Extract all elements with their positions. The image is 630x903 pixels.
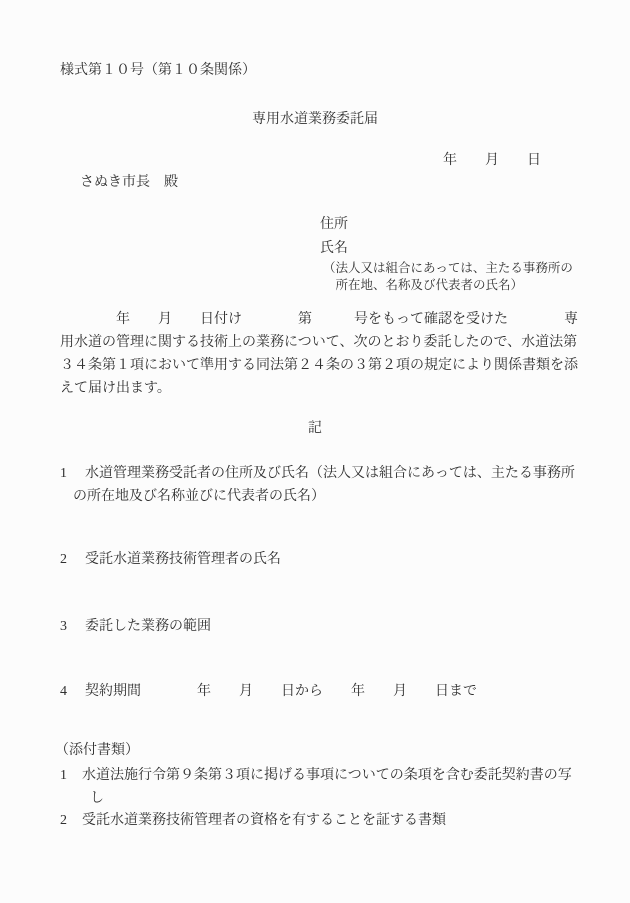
- attachment-item-2: 2 受託水道業務技術管理者の資格を有することを証する書類: [60, 809, 446, 832]
- attachments-header: （添付書類）: [55, 741, 139, 761]
- body-paragraph: 年 月 日付け 第 号をもって確認を受けた 専 用水道の管理に関する技術上の業務…: [60, 308, 578, 400]
- item-text: 受託水道業務技術管理者の氏名: [73, 548, 281, 571]
- list-item-2: 2 受託水道業務技術管理者の氏名: [60, 548, 281, 571]
- attachment-item-1: 1 水道法施行令第９条第３項に掲げる事項についての条項を含む委託契約書の写 し: [60, 764, 572, 810]
- addressee: さぬき市長 殿: [80, 173, 178, 193]
- item-text: 契約期間 年 月 日から 年 月 日まで: [73, 680, 477, 703]
- applicant-note: （法人又は組合にあっては、主たる事務所の 所在地、名称及び代表者の氏名）: [323, 260, 573, 294]
- item-text: 受託水道業務技術管理者の資格を有することを証する書類: [90, 809, 446, 832]
- document-page: 様式第１０号（第１０条関係） 専用水道業務委託届 年 月 日 さぬき市長 殿 住…: [0, 0, 630, 903]
- item-number: 2: [60, 809, 82, 832]
- name-label: 氏名: [320, 239, 348, 259]
- item-text: 水道管理業務受託者の住所及び氏名（法人又は組合にあっては、主たる事務所 の所在地…: [73, 462, 575, 508]
- list-item-4: 4 契約期間 年 月 日から 年 月 日まで: [60, 680, 477, 703]
- list-marker: 記: [0, 419, 630, 439]
- list-item-3: 3 委託した業務の範囲: [60, 615, 211, 638]
- item-text: 水道法施行令第９条第３項に掲げる事項についての条項を含む委託契約書の写 し: [90, 764, 572, 810]
- form-number: 様式第１０号（第１０条関係）: [60, 61, 256, 81]
- address-label: 住所: [320, 215, 348, 235]
- list-item-1: 1 水道管理業務受託者の住所及び氏名（法人又は組合にあっては、主たる事務所 の所…: [60, 462, 575, 508]
- item-number: 1: [60, 764, 82, 787]
- date-blank-line: 年 月 日: [443, 151, 541, 171]
- page-title: 専用水道業務委託届: [0, 110, 630, 130]
- item-text: 委託した業務の範囲: [73, 615, 211, 638]
